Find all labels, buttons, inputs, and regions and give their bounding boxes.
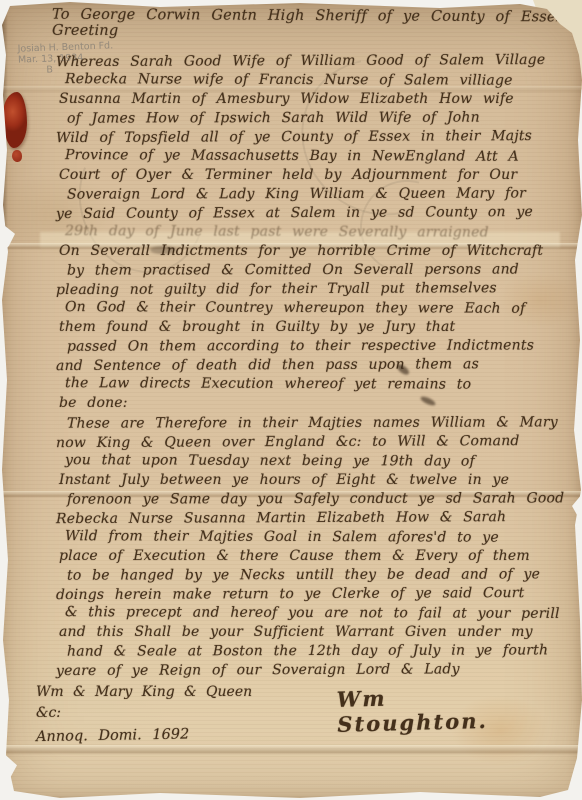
manuscript-line: Wild from their Majties Goal in Salem af…	[65, 527, 559, 548]
manuscript-heading: To George Corwin Gentn High Sheriff of y…	[52, 7, 572, 42]
manuscript-line: Province of ye Massachusetts Bay in NewE…	[65, 146, 559, 167]
manuscript-line: forenoon ye Same day you Safely conduct …	[67, 489, 559, 509]
manuscript-line: passed On them according to their respec…	[67, 336, 559, 356]
manuscript-line: These are Therefore in their Majties nam…	[67, 413, 559, 433]
manuscript-line: and Sentence of death did then pass upon…	[56, 355, 559, 376]
manuscript-body: Whereas Sarah Good Wife of William Good …	[54, 52, 559, 680]
manuscript-line: Rebecka Nurse Susanna Martin Elizabeth H…	[56, 508, 559, 529]
wax-seal-fragment	[12, 150, 22, 162]
manuscript-line: ye Said County of Essex at Salem in ye s…	[56, 203, 559, 224]
manuscript-line: be done:	[59, 394, 559, 413]
manuscript-line: pleading not guilty did for their Tryall…	[56, 279, 559, 300]
manuscript-line: to be hanged by ye Necks untill they be …	[67, 565, 559, 585]
manuscript-closing: Wm & Mary King & Queen &c: Annoq. Domi. …	[36, 682, 556, 746]
manuscript-line: hand & Seale at Boston the 12th day of J…	[67, 641, 559, 661]
stoughton-signature: Wm Stoughton.	[336, 681, 556, 737]
ink-smudge	[150, 246, 176, 254]
manuscript-line: Court of Oyer & Terminer held by Adjourn…	[59, 166, 559, 185]
manuscript-line: Wild of Topsfield all of ye County of Es…	[56, 127, 559, 148]
manuscript-line: Soveraign Lord & Lady King William & Que…	[67, 184, 559, 204]
manuscript-line: of James How of Ipswich Sarah Wild Wife …	[67, 108, 559, 128]
manuscript-line: Rebecka Nurse wife of Francis Nurse of S…	[65, 70, 559, 91]
parchment-page: Josiah H. Benton Fd. Mar. 13, 1934 B To …	[0, 0, 582, 800]
manuscript-line: & this precept and hereof you are not to…	[65, 603, 559, 624]
manuscript-line: you that upon Tuesday next being ye 19th…	[65, 451, 559, 472]
manuscript-line: place of Execution & there Cause them & …	[59, 547, 559, 566]
dateline: Annoq. Domi. 1692	[36, 723, 282, 748]
closing-line: Wm & Mary King & Queen &c:	[36, 682, 282, 724]
manuscript-line: doings herein make return to ye Clerke o…	[56, 584, 559, 605]
manuscript-line: Instant July between ye hours of Eight &…	[59, 471, 559, 490]
manuscript-line: On Severall Indictments for ye horrible …	[59, 242, 559, 261]
manuscript-line: them found & brought in Guilty by ye Jur…	[59, 318, 559, 337]
manuscript-line: by them practised & Comitted On Severall…	[67, 260, 559, 280]
manuscript-line: Susanna Martin of Amesbury Widow Elizabe…	[59, 90, 559, 109]
manuscript-line: On God & their Countrey whereupon they w…	[65, 298, 559, 319]
manuscript-line: 29th day of June last past were Severall…	[65, 222, 559, 243]
manuscript-line: now King & Queen over England &c: to Wil…	[56, 432, 559, 453]
manuscript-line: yeare of ye Reign of our Soveraign Lord …	[56, 660, 559, 681]
wax-seal	[3, 92, 27, 148]
manuscript-line: Whereas Sarah Good Wife of William Good …	[56, 51, 559, 72]
scan-background: Josiah H. Benton Fd. Mar. 13, 1934 B To …	[0, 0, 582, 800]
manuscript-line: the Law directs Execution whereof yet re…	[65, 374, 559, 395]
manuscript-line: and this Shall be your Sufficient Warran…	[59, 623, 559, 642]
